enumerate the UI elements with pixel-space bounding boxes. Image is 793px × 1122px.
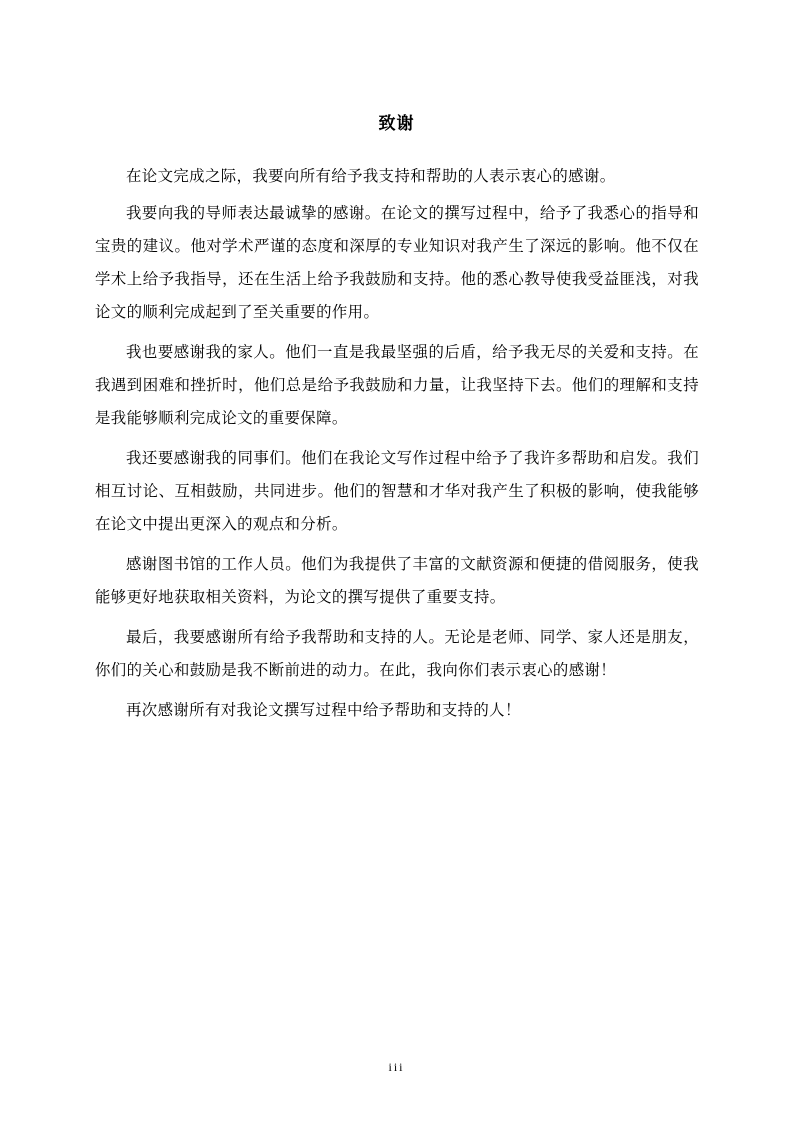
page-title: 致谢: [0, 112, 793, 136]
document-page: 致谢 在论文完成之际，我要向所有给予我支持和帮助的人表示衷心的感谢。 我要向我的…: [0, 0, 793, 1122]
paragraph-advisor: 我要向我的导师表达最诚挚的感谢。在论文的撰写过程中，给予了我悉心的指导和宝贵的建…: [95, 197, 699, 329]
paragraph-intro: 在论文完成之际，我要向所有给予我支持和帮助的人表示衷心的感谢。: [95, 160, 699, 193]
paragraph-everyone: 最后，我要感谢所有给予我帮助和支持的人。无论是老师、同学、家人还是朋友，你们的关…: [95, 621, 699, 687]
paragraph-library: 感谢图书馆的工作人员。他们为我提供了丰富的文献资源和便捷的借阅服务，使我能够更好…: [95, 548, 699, 614]
acknowledgement-body: 在论文完成之际，我要向所有给予我支持和帮助的人表示衷心的感谢。 我要向我的导师表…: [95, 160, 699, 734]
paragraph-colleagues: 我还要感谢我的同事们。他们在我论文写作过程中给予了我许多帮助和启发。我们相互讨论…: [95, 442, 699, 541]
paragraph-family: 我也要感谢我的家人。他们一直是我最坚强的后盾，给予我无尽的关爱和支持。在我遇到困…: [95, 336, 699, 435]
paragraph-closing: 再次感谢所有对我论文撰写过程中给予帮助和支持的人！: [95, 694, 699, 727]
page-number: iii: [0, 1059, 793, 1075]
